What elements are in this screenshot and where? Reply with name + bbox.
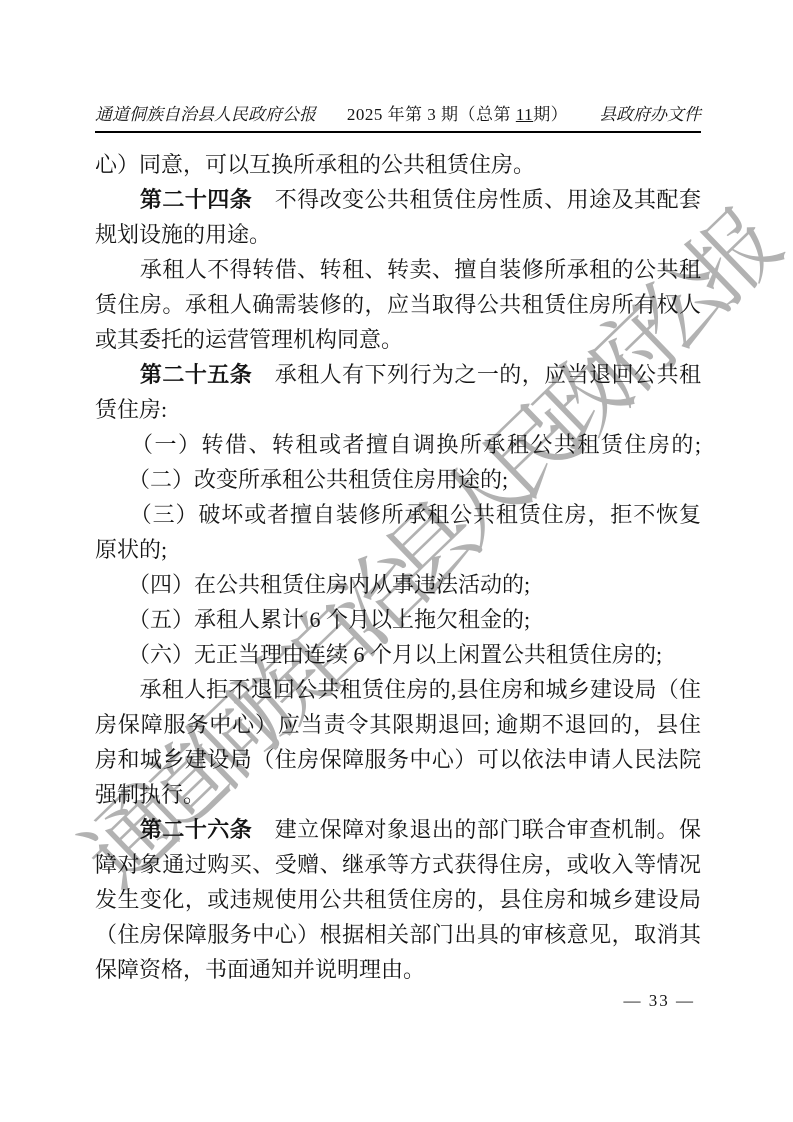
body-line: 障对象通过购买、受赠、继承等方式获得住房，或收入等情况	[95, 847, 701, 882]
body-line: 第二十六条 建立保障对象退出的部门联合审查机制。保	[95, 812, 701, 847]
body-text: 建立保障对象退出的部门联合审查机制。保	[252, 817, 701, 842]
body-line: （五）承租人累计 6 个月以上拖欠租金的;	[95, 602, 701, 637]
body-text: 或其委托的运营管理机构同意。	[95, 327, 403, 352]
body-text: 障对象通过购买、受赠、继承等方式获得住房，或收入等情况	[95, 852, 701, 877]
body-line: （住房保障服务中心）根据相关部门出具的审核意见，取消其	[95, 917, 701, 952]
body-text: （三）破坏或者擅自装修所承租公共租赁住房，拒不恢复	[95, 502, 701, 527]
body-text: 赁住房。承租人确需装修的，应当取得公共租赁住房所有权人	[95, 292, 701, 317]
body-line: 赁住房:	[95, 392, 701, 427]
header-issue-info: 2025 年第 3 期（总第 11期）	[347, 100, 568, 125]
body-line: （一）转借、转租或者擅自调换所承租公共租赁住房的;	[95, 427, 701, 462]
header-publication-title: 通道侗族自治县人民政府公报	[95, 100, 316, 125]
body-text	[95, 187, 140, 212]
page-number: — 33 —	[624, 991, 696, 1011]
body-line: 赁住房。承租人确需装修的，应当取得公共租赁住房所有权人	[95, 287, 701, 322]
body-line: 承租人不得转借、转租、转卖、擅自装修所承租的公共租	[95, 252, 701, 287]
body-text: 承租人拒不退回公共租赁住房的,县住房和城乡建设局（住	[95, 677, 701, 702]
body-text: 承租人有下列行为之一的，应当退回公共租	[252, 362, 701, 387]
body-text: （一）转借、转租或者擅自调换所承租公共租赁住房的;	[95, 432, 701, 457]
article-number: 第二十五条	[140, 362, 252, 387]
body-line: （三）破坏或者擅自装修所承租公共租赁住房，拒不恢复	[95, 497, 701, 532]
body-text: 强制执行。	[95, 782, 205, 807]
body-line: 承租人拒不退回公共租赁住房的,县住房和城乡建设局（住	[95, 672, 701, 707]
body-text: 规划设施的用途。	[95, 222, 271, 247]
body-text: 保障资格，书面通知并说明理由。	[95, 957, 425, 982]
body-text: 承租人不得转借、转租、转卖、擅自装修所承租的公共租	[95, 257, 701, 282]
body-line: （四）在公共租赁住房内从事违法活动的;	[95, 567, 701, 602]
body-text: 心）同意，可以互换所承租的公共租赁住房。	[95, 152, 535, 177]
article-number: 第二十六条	[140, 817, 252, 842]
body-text: 赁住房:	[95, 397, 167, 422]
body-line: 第二十四条 不得改变公共租赁住房性质、用途及其配套	[95, 182, 701, 217]
article-number: 第二十四条	[140, 187, 252, 212]
gazette-page: 通道侗族自治县人民政府公报 通道侗族自治县人民政府公报 2025 年第 3 期（…	[0, 0, 793, 1122]
body-text: （六）无正当理由连续 6 个月以上闲置公共租赁住房的;	[95, 642, 662, 667]
body-line: 心）同意，可以互换所承租的公共租赁住房。	[95, 147, 701, 182]
body-text: 房保障服务中心）应当责令其限期退回; 逾期不退回的，县住	[95, 712, 701, 737]
body-line: （六）无正当理由连续 6 个月以上闲置公共租赁住房的;	[95, 637, 701, 672]
body-text: （二）改变所承租公共租赁住房用途的;	[95, 467, 508, 492]
page-header: 通道侗族自治县人民政府公报 2025 年第 3 期（总第 11期） 县政府办文件	[95, 100, 701, 133]
document-body: 心）同意，可以互换所承租的公共租赁住房。 第二十四条 不得改变公共租赁住房性质、…	[95, 147, 701, 987]
body-text: 不得改变公共租赁住房性质、用途及其配套	[252, 187, 701, 212]
body-line: 原状的;	[95, 532, 701, 567]
body-line: 房保障服务中心）应当责令其限期退回; 逾期不退回的，县住	[95, 707, 701, 742]
body-text: （住房保障服务中心）根据相关部门出具的审核意见，取消其	[95, 922, 701, 947]
body-line: 保障资格，书面通知并说明理由。	[95, 952, 701, 987]
header-doc-category: 县政府办文件	[599, 100, 701, 125]
body-text: 发生变化，或违规使用公共租赁住房的，县住房和城乡建设局	[95, 887, 701, 912]
body-text: （五）承租人累计 6 个月以上拖欠租金的;	[95, 607, 530, 632]
body-text: （四）在公共租赁住房内从事违法活动的;	[95, 572, 530, 597]
body-line: 或其委托的运营管理机构同意。	[95, 322, 701, 357]
header-issue-prefix: 2025 年第 3 期（总第	[347, 105, 516, 124]
body-text: 原状的;	[95, 537, 167, 562]
body-text: 房和城乡建设局（住房保障服务中心）可以依法申请人民法院	[95, 747, 701, 772]
header-issue-number: 11	[516, 105, 533, 124]
body-line: （二）改变所承租公共租赁住房用途的;	[95, 462, 701, 497]
body-line: 规划设施的用途。	[95, 217, 701, 252]
header-issue-suffix: 期）	[533, 105, 568, 124]
body-text	[95, 362, 140, 387]
body-text	[95, 817, 140, 842]
body-line: 发生变化，或违规使用公共租赁住房的，县住房和城乡建设局	[95, 882, 701, 917]
body-line: 第二十五条 承租人有下列行为之一的，应当退回公共租	[95, 357, 701, 392]
body-line: 强制执行。	[95, 777, 701, 812]
body-line: 房和城乡建设局（住房保障服务中心）可以依法申请人民法院	[95, 742, 701, 777]
